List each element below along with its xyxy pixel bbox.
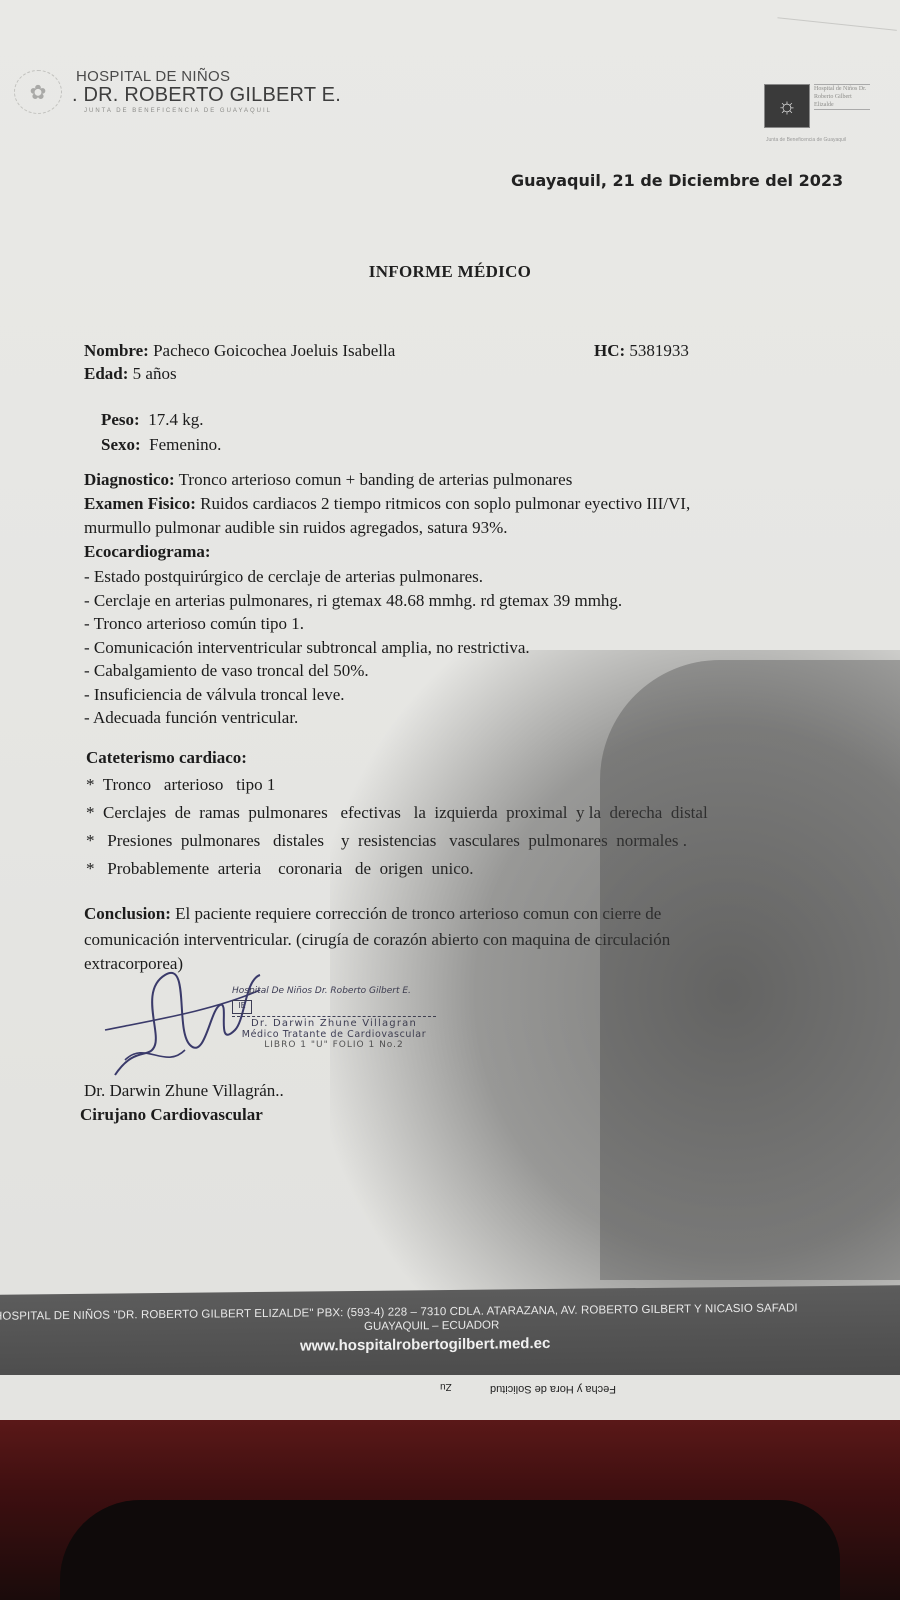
stamp-registry: LIBRO 1 "U" FOLIO 1 No.2: [232, 1040, 436, 1050]
catheterism-heading: Cateterismo cardiaco:: [86, 747, 247, 769]
physical-exam-row: Examen Fisico: Ruidos cardiacos 2 tiempo…: [84, 493, 690, 515]
conclusion-label: Conclusion:: [84, 904, 171, 923]
footer-website: www.hospitalrobertogilbert.med.ec: [300, 1335, 550, 1355]
doctor-stamp: Hospital De Niños Dr. Roberto Gilbert E.…: [232, 986, 436, 1050]
stamp-doctor-role: Médico Tratante de Cardiovascular: [232, 1029, 436, 1040]
hospital-emblem-subtitle: Junta de Beneficencia de Guayaquil: [766, 137, 846, 143]
echocardiogram-list: - Estado postquirúrgico de cerclaje de a…: [84, 565, 622, 730]
conclusion-row: Conclusion: El paciente requiere correcc…: [84, 903, 661, 925]
echo-item: - Cerclaje en arterias pulmonares, ri gt…: [84, 589, 622, 613]
physical-exam-value-line1: Ruidos cardiacos 2 tiempo ritmicos con s…: [196, 494, 690, 513]
sex-value: Femenino.: [141, 435, 222, 454]
medical-report-page: ✿ HOSPITAL DE NIÑOS . DR. ROBERTO GILBER…: [0, 0, 900, 1295]
echo-item: - Tronco arterioso común tipo 1.: [84, 612, 622, 636]
hc-label: HC:: [594, 341, 625, 360]
age-label: Edad:: [84, 364, 128, 383]
echocardiogram-heading: Ecocardiograma:: [84, 541, 211, 563]
echo-item: - Insuficiencia de válvula troncal leve.: [84, 683, 622, 707]
cath-item: * Tronco arterioso tipo 1: [86, 771, 708, 799]
hospital-name-line1: HOSPITAL DE NIÑOS: [76, 68, 230, 85]
patient-name-value: Pacheco Goicochea Joeluis Isabella: [149, 341, 395, 360]
underlying-form-strip: Zu Fecha y Hora de Solicitud: [0, 1375, 900, 1424]
patient-name-row: Nombre: Pacheco Goicochea Joeluis Isabel…: [84, 340, 395, 362]
diagnosis-label: Diagnostico:: [84, 470, 175, 489]
hc-value: 5381933: [625, 341, 689, 360]
report-title: INFORME MÉDICO: [0, 262, 900, 282]
hospital-seal-icon: ✿: [14, 70, 62, 114]
echo-item: - Estado postquirúrgico de cerclaje de a…: [84, 565, 622, 589]
stamp-hospital: Hospital De Niños Dr. Roberto Gilbert E.: [232, 986, 436, 996]
cath-item: * Cerclajes de ramas pulmonares efectiva…: [86, 799, 708, 827]
echo-item: - Comunicación interventricular subtronc…: [84, 636, 622, 660]
cath-item: * Presiones pulmonares distales y resist…: [86, 827, 708, 855]
report-date: Guayaquil, 21 de Diciembre del 2023: [511, 171, 843, 190]
physical-exam-label: Examen Fisico:: [84, 494, 196, 513]
age-value: 5 años: [128, 364, 176, 383]
paper-fold-edge: [777, 0, 900, 31]
clinical-history-row: HC: 5381933: [594, 341, 689, 361]
echo-item: - Cabalgamiento de vaso troncal del 50%.: [84, 659, 622, 683]
diagnosis-row: Diagnostico: Tronco arterioso comun + ba…: [84, 469, 572, 491]
stamp-doctor-name: Dr. Darwin Zhune Villagran: [232, 1018, 436, 1029]
doctor-name: Dr. Darwin Zhune Villagrán..: [84, 1081, 284, 1101]
conclusion-line2: comunicación interventricular. (cirugía …: [84, 929, 670, 951]
footer-city: GUAYAQUIL – ECUADOR: [364, 1319, 499, 1332]
stamp-logo-icon: IE: [232, 1000, 252, 1014]
catheterism-list: * Tronco arterioso tipo 1 * Cerclajes de…: [86, 771, 708, 883]
physical-exam-line2: murmullo pulmonar audible sin ruidos agr…: [84, 517, 508, 539]
hospital-emblem-icon: ☼: [764, 84, 810, 128]
sex-label: Sexo:: [101, 435, 141, 454]
patient-age-row: Edad: 5 años: [84, 363, 177, 385]
cath-item: * Probablemente arteria coronaria de ori…: [86, 855, 708, 883]
hospital-emblem-text: Hospital de Niños Dr. Roberto Gilbert El…: [814, 84, 870, 110]
hospital-subtitle: JUNTA DE BENEFICENCIA DE GUAYAQUIL: [84, 108, 272, 114]
conclusion-line1: El paciente requiere corrección de tronc…: [171, 904, 661, 923]
form-partial-text: Zu: [440, 1381, 452, 1392]
photo-shadow: [600, 660, 900, 1280]
stamp-divider: [232, 1016, 436, 1017]
echo-item: - Adecuada función ventricular.: [84, 706, 622, 730]
patient-name-label: Nombre:: [84, 341, 149, 360]
hospital-name-line2: . DR. ROBERTO GILBERT E.: [72, 84, 341, 107]
dark-object-background: [60, 1500, 840, 1600]
doctor-title: Cirujano Cardiovascular: [80, 1105, 263, 1125]
diagnosis-value: Tronco arterioso comun + banding de arte…: [175, 470, 573, 489]
form-upside-down-label: Fecha y Hora de Solicitud: [490, 1383, 616, 1395]
